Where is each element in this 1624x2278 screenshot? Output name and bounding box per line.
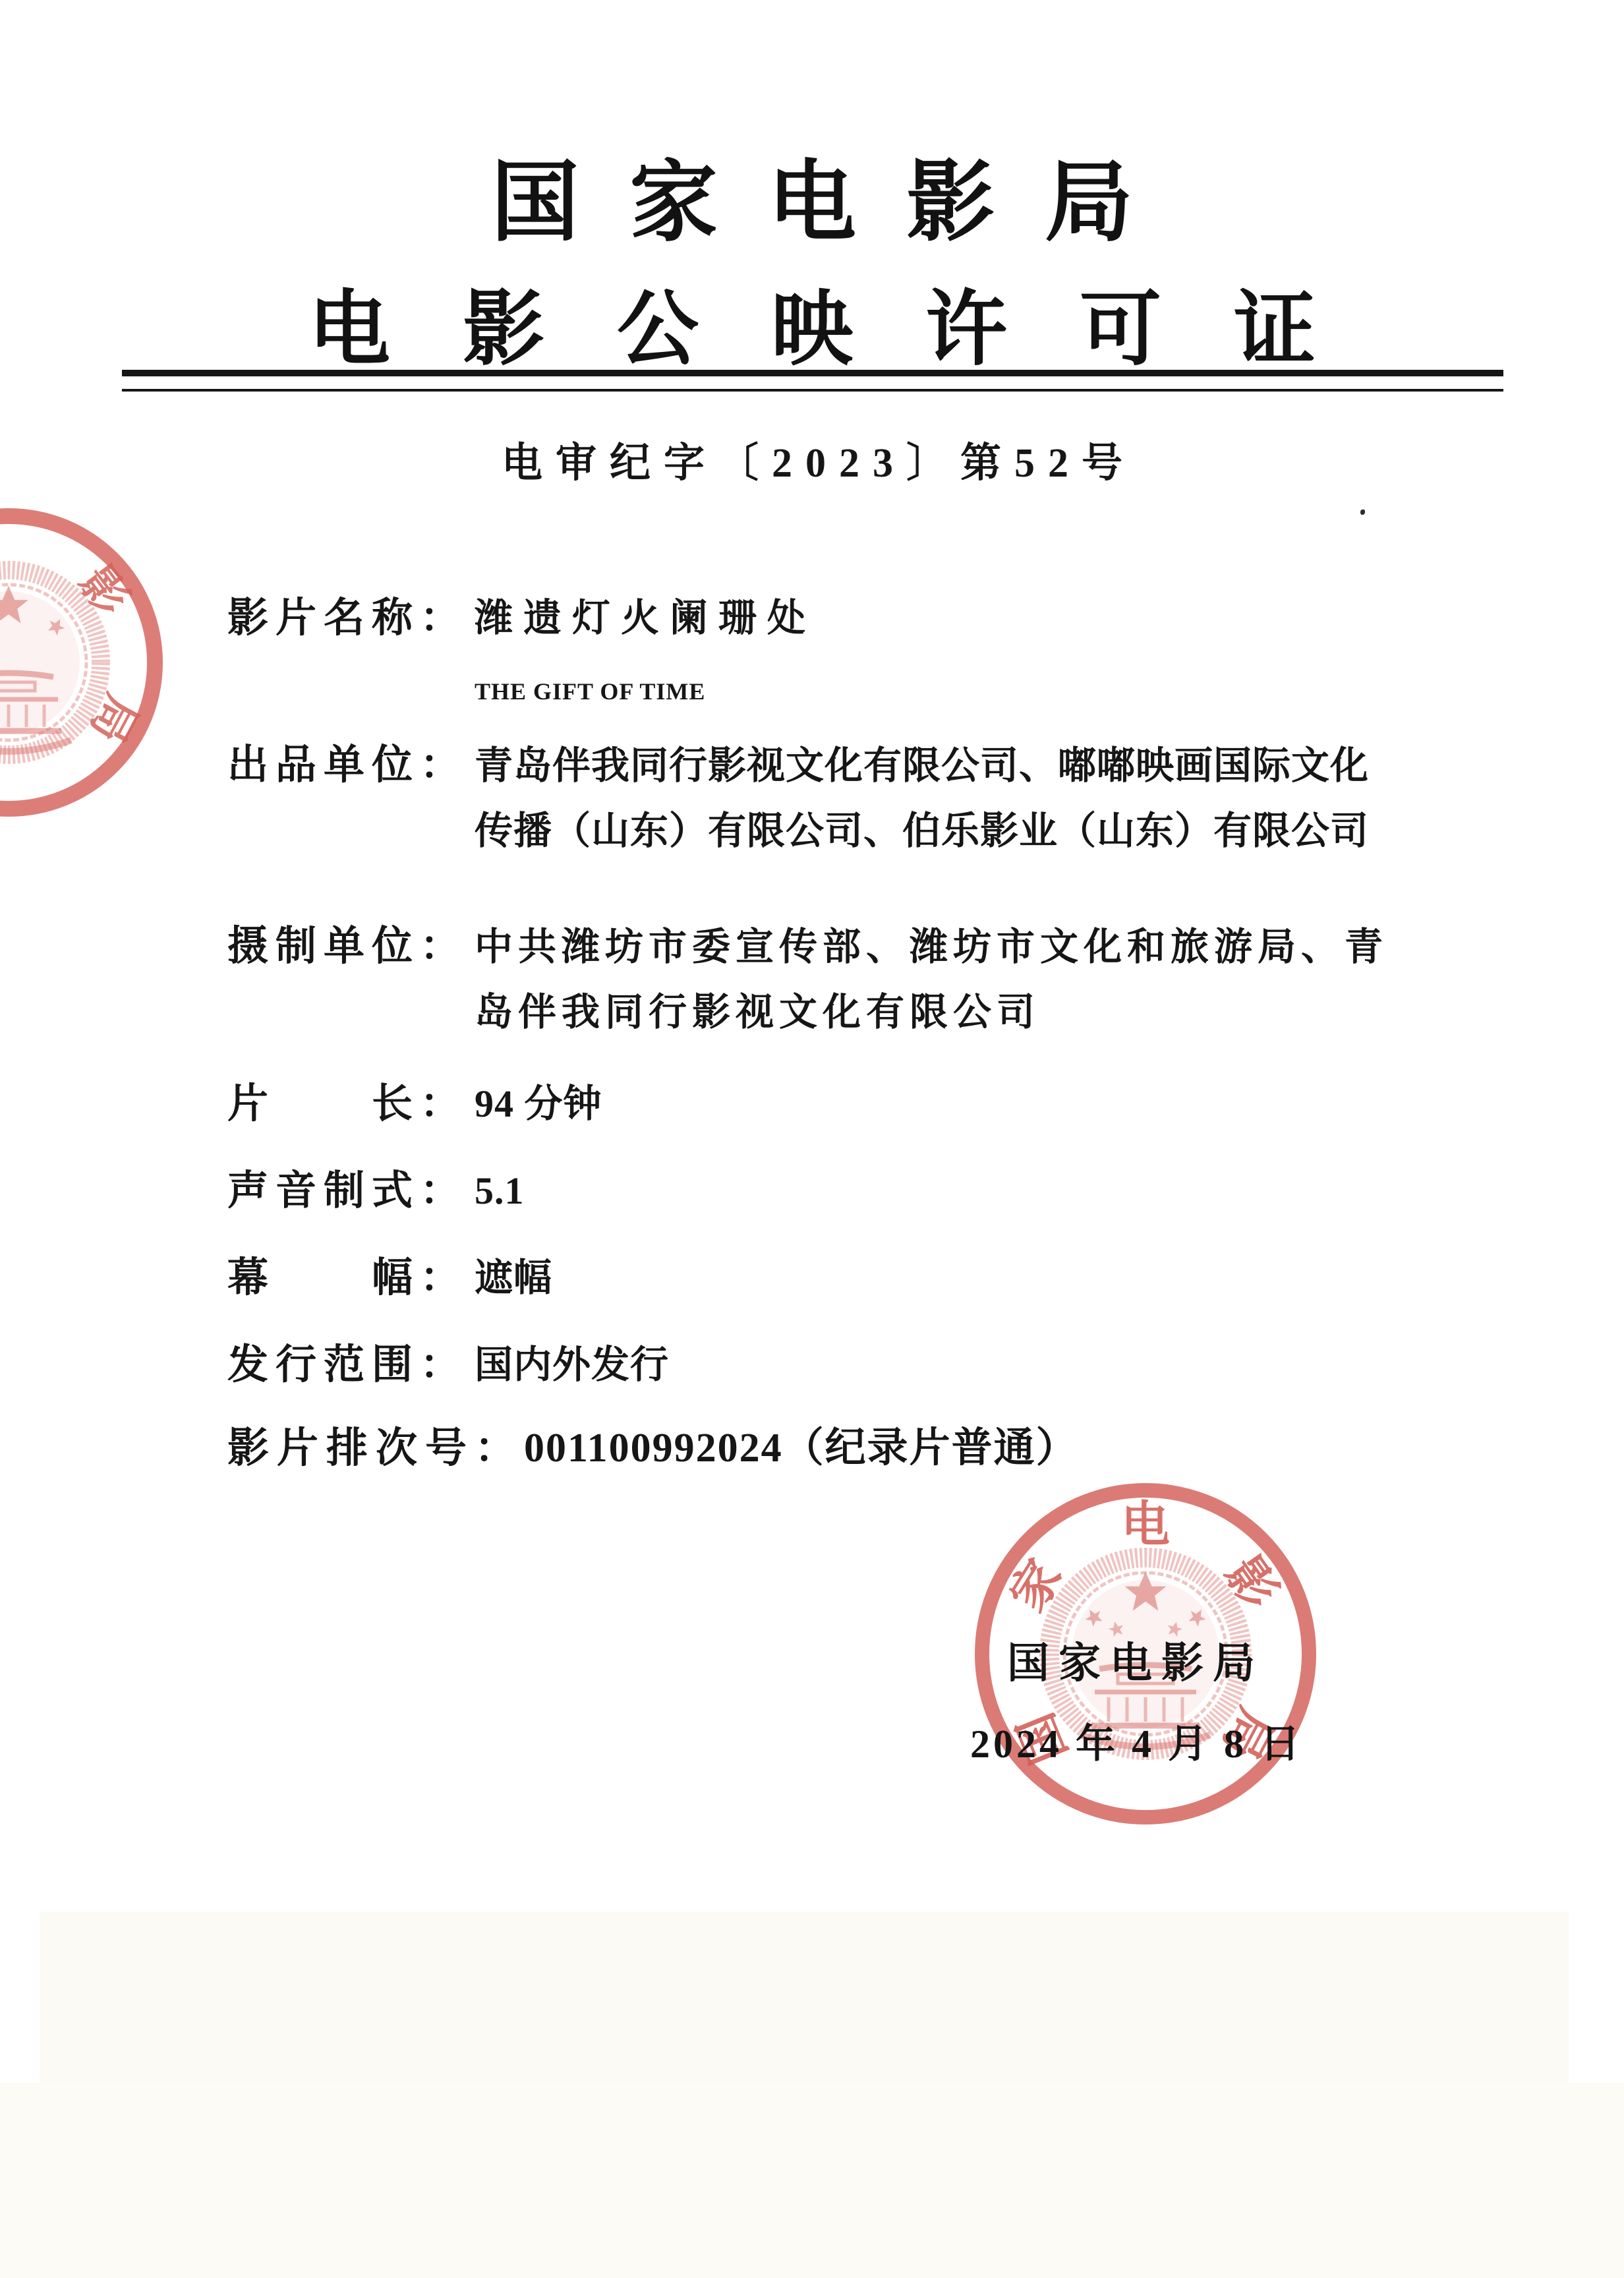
field-label: 出品单位：: [227, 733, 468, 798]
field-value: 5.1: [475, 1169, 525, 1213]
issue-date: 2024 年 4 月 8 日: [970, 1712, 1303, 1769]
permit-number: 电审纪字〔2023〕第52号: [0, 430, 1624, 488]
film-screening-permit-document: 国家电影局 电影公映许可证 电审纪字〔2023〕第52号 影片名称： 潍遗灯火阑…: [0, 0, 1624, 2278]
seal-ring-char: 电: [1121, 1498, 1170, 1552]
field-label: 片 长：: [227, 1082, 468, 1126]
scan-tint-band: [0, 2083, 1624, 2278]
field-label: 影片名称：: [227, 597, 468, 640]
field-label: 摄制单位：: [227, 914, 468, 979]
divider-thick: [122, 370, 1503, 376]
field-label: 发行范围：: [227, 1343, 468, 1387]
divider-thin: [122, 389, 1503, 392]
field-value: 遮幅: [475, 1256, 552, 1300]
field-value: 001100992024（纪录片普通）: [524, 1426, 1078, 1470]
partial-red-seal-icon: 影 局: [0, 478, 193, 847]
field-value: 潍遗灯火阑珊处: [475, 597, 816, 640]
field-label: 幕 幅：: [227, 1256, 468, 1300]
field-value: 94 分钟: [475, 1082, 602, 1126]
field-value: 中共潍坊市委宣传部、潍坊市文化和旅游局、青岛伴我同行影视文化有限公司: [475, 914, 1410, 1045]
field-value: THE GIFT OF TIME: [475, 670, 705, 713]
field-label: 声音制式：: [227, 1169, 468, 1213]
field-value: 青岛伴我同行影视文化有限公司、嘟嘟映画国际文化传播（山东）有限公司、伯乐影业（山…: [475, 733, 1405, 863]
field-label: 影片排次号：: [227, 1426, 524, 1470]
ink-speck: [1360, 510, 1365, 515]
page-title-permit: 电影公映许可证: [0, 264, 1624, 381]
scan-tint-band: [40, 1912, 1569, 2083]
page-title-agency: 国家电影局: [0, 132, 1624, 258]
issuing-authority: 国家电影局: [1007, 1629, 1264, 1690]
field-value: 国内外发行: [475, 1343, 669, 1387]
